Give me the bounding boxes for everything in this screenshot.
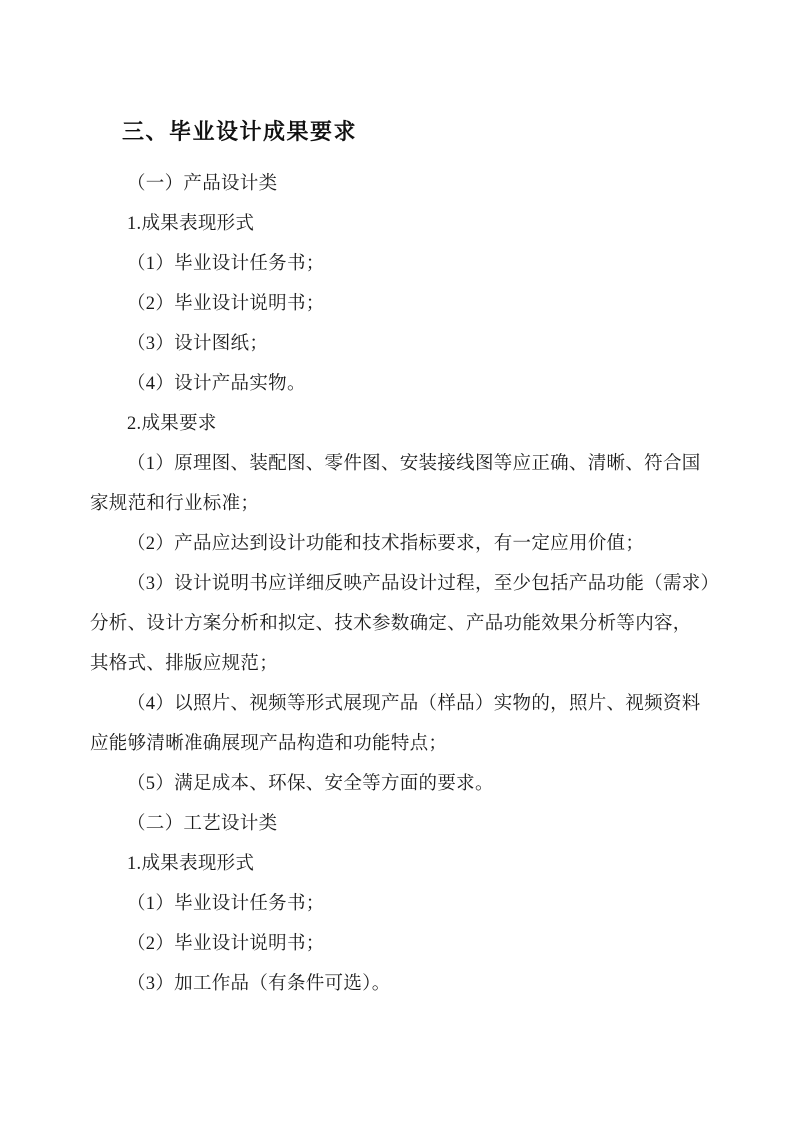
text-line: （1）原理图、装配图、零件图、安装接线图等应正确、清晰、符合国 bbox=[90, 444, 713, 484]
document-page: 三、毕业设计成果要求 （一）产品设计类1.成果表现形式（1）毕业设计任务书；（2… bbox=[0, 0, 793, 1122]
paragraph: （二）工艺设计类 bbox=[90, 804, 713, 844]
text-line: 家规范和行业标准； bbox=[90, 484, 713, 524]
paragraph: （1）毕业设计任务书； bbox=[90, 884, 713, 924]
paragraph: 1.成果表现形式 bbox=[90, 844, 713, 884]
text-line: （1）毕业设计任务书； bbox=[90, 244, 713, 284]
text-line: （4）以照片、视频等形式展现产品（样品）实物的，照片、视频资料 bbox=[90, 684, 713, 724]
text-line: （3）设计图纸； bbox=[90, 324, 713, 364]
paragraph: （一）产品设计类 bbox=[90, 164, 713, 204]
text-line: （2）产品应达到设计功能和技术指标要求，有一定应用价值； bbox=[90, 524, 713, 564]
paragraph: （3）加工作品（有条件可选）。 bbox=[90, 964, 713, 1004]
text-line: 1.成果表现形式 bbox=[90, 844, 713, 884]
text-line: （5）满足成本、环保、安全等方面的要求。 bbox=[90, 764, 713, 804]
text-line: （3）加工作品（有条件可选）。 bbox=[90, 964, 713, 1004]
section-heading: 三、毕业设计成果要求 bbox=[90, 115, 713, 149]
paragraphs: （一）产品设计类1.成果表现形式（1）毕业设计任务书；（2）毕业设计说明书；（3… bbox=[90, 164, 713, 1004]
paragraph: 1.成果表现形式 bbox=[90, 204, 713, 244]
paragraph: （4）设计产品实物。 bbox=[90, 364, 713, 404]
text-line: 1.成果表现形式 bbox=[90, 204, 713, 244]
paragraph: （5）满足成本、环保、安全等方面的要求。 bbox=[90, 764, 713, 804]
text-line: （2）毕业设计说明书； bbox=[90, 924, 713, 964]
text-line: （3）设计说明书应详细反映产品设计过程，至少包括产品功能（需求） bbox=[90, 564, 713, 604]
paragraph: （1）毕业设计任务书； bbox=[90, 244, 713, 284]
paragraph: （2）毕业设计说明书； bbox=[90, 924, 713, 964]
text-line: 其格式、排版应规范； bbox=[90, 644, 713, 684]
text-line: （1）毕业设计任务书； bbox=[90, 884, 713, 924]
text-line: （4）设计产品实物。 bbox=[90, 364, 713, 404]
paragraph: （2）产品应达到设计功能和技术指标要求，有一定应用价值； bbox=[90, 524, 713, 564]
text-line: （二）工艺设计类 bbox=[90, 804, 713, 844]
text-line: 应能够清晰准确展现产品构造和功能特点； bbox=[90, 724, 713, 764]
paragraph: （1）原理图、装配图、零件图、安装接线图等应正确、清晰、符合国家规范和行业标准； bbox=[90, 444, 713, 524]
text-line: （一）产品设计类 bbox=[90, 164, 713, 204]
text-line: 分析、设计方案分析和拟定、技术参数确定、产品功能效果分析等内容， bbox=[90, 604, 713, 644]
paragraph: 2.成果要求 bbox=[90, 404, 713, 444]
text-line: （2）毕业设计说明书； bbox=[90, 284, 713, 324]
paragraph: （4）以照片、视频等形式展现产品（样品）实物的，照片、视频资料应能够清晰准确展现… bbox=[90, 684, 713, 764]
text-line: 2.成果要求 bbox=[90, 404, 713, 444]
paragraph: （2）毕业设计说明书； bbox=[90, 284, 713, 324]
paragraph: （3）设计说明书应详细反映产品设计过程，至少包括产品功能（需求）分析、设计方案分… bbox=[90, 564, 713, 684]
paragraph: （3）设计图纸； bbox=[90, 324, 713, 364]
